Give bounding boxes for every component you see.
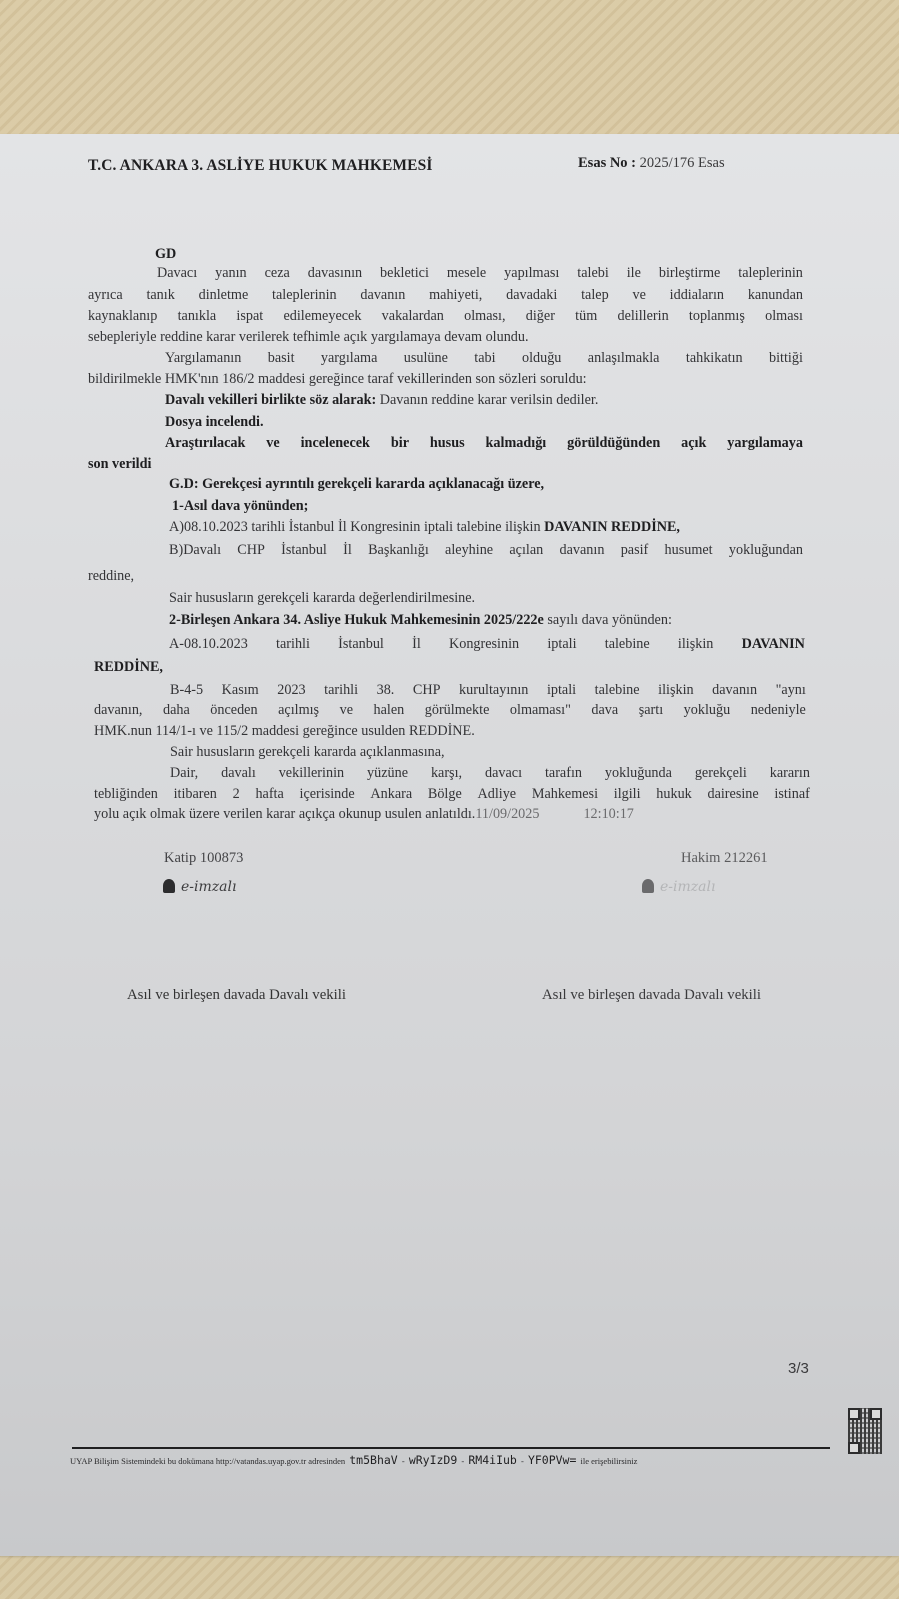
word: davanın (560, 542, 605, 559)
word: dairesine (707, 786, 758, 803)
word: talebine (605, 636, 650, 653)
word: vakalardan (382, 308, 444, 325)
merged-case-item-b-line-3: HMK.nun 114/1-ı ve 115/2 maddesi gereğin… (94, 723, 475, 740)
word: olması (765, 308, 803, 325)
word: bittiği (769, 350, 803, 367)
word: Başkanlığı (368, 542, 429, 559)
word: davanın (712, 682, 757, 699)
merged-case-item-a-cont: REDDİNE, (94, 659, 163, 676)
word: Kasım (222, 682, 259, 699)
document-page (0, 134, 899, 1556)
clerk-signature: Katip 100873 (164, 850, 243, 867)
word: ve (340, 702, 353, 719)
word: önceden (210, 702, 257, 719)
word: ve (632, 287, 645, 304)
other-matters-2: Sair hususların gerekçeli kararda açıkla… (170, 744, 445, 761)
word: dava (591, 702, 618, 719)
word: görülmekte (425, 702, 490, 719)
word: davacı (485, 765, 522, 782)
closing-statement-cont: son verildi (88, 456, 151, 473)
word: delillerin (617, 308, 668, 325)
word: tanık (146, 287, 174, 304)
word: DAVANIN (742, 636, 805, 653)
word: CHP (237, 542, 265, 559)
clerk-e-signature: e-imzalı (163, 878, 236, 896)
case-number-label: Esas No : (578, 155, 636, 171)
judge-e-signature: e-imzalı (642, 878, 715, 896)
word: taleplerinin (738, 265, 803, 282)
footer-divider (72, 1447, 830, 1449)
file-examined: Dosya incelendi. (165, 414, 264, 431)
word: kanundan (748, 287, 803, 304)
word: bekletici (380, 265, 429, 282)
word: iptali (547, 682, 576, 699)
word: olmaması" (510, 702, 571, 719)
word: taleplerinin (272, 287, 337, 304)
verdict-date: 11/09/2025 (475, 806, 539, 822)
word: tabi (474, 350, 495, 367)
word: Kongresinin (449, 636, 519, 653)
word: bir (391, 435, 409, 452)
paragraph-1-line-3: kaynaklanıptanıklaispatedilemeyecekvakal… (88, 308, 803, 325)
word: talep (581, 287, 609, 304)
verdict-line-3: yolu açık olmak üzere verilen karar açık… (94, 806, 634, 823)
word: itibaren (174, 786, 217, 803)
word: yokluğunda (605, 765, 672, 782)
word: daha (163, 702, 190, 719)
word: ile (627, 265, 641, 282)
paragraph-1-line-2: ayrıcatanıkdinletmetaleplerinindavanınma… (88, 287, 803, 304)
word: ispat (236, 308, 263, 325)
gd-heading: GD (155, 246, 176, 263)
main-case-item-b: B)DavalıCHPİstanbulİlBaşkanlığıaleyhinea… (169, 542, 803, 559)
word: gerekçeli (695, 765, 747, 782)
merged-case-item-a: A-08.10.2023tarihliİstanbulİlKongresinin… (169, 636, 805, 653)
word: tahkikatın (686, 350, 743, 367)
word: Davacı (157, 265, 197, 282)
main-case-item-a: A)08.10.2023 tarihli İstanbul İl Kongres… (169, 519, 680, 536)
paragraph-1-line-1: Davacıyanıncezadavasınınbekleticimeseley… (157, 265, 803, 282)
word: usulüne (404, 350, 448, 367)
word: Mahkemesi (532, 786, 598, 803)
footer-suffix: ile erişebilirsiniz (581, 1456, 638, 1466)
word: yargılama (321, 350, 377, 367)
word: dinletme (199, 287, 249, 304)
word: açılan (509, 542, 543, 559)
word: anlaşılmakla (588, 350, 660, 367)
word: toplanmış (689, 308, 745, 325)
word: mesele (447, 265, 486, 282)
word: ilişkin (658, 682, 693, 699)
word: A-08.10.2023 (169, 636, 248, 653)
word: tüm (575, 308, 597, 325)
uyap-footer: UYAP Bilişim Sistemindeki bu dokümana ht… (70, 1453, 637, 1467)
case-number-value: 2025/176 Esas (640, 155, 725, 171)
word: 2 (233, 786, 240, 803)
word: tarafın (545, 765, 582, 782)
word: vekillerinin (279, 765, 344, 782)
verification-code-4: YF0PVw= (528, 1453, 576, 1467)
word: ilgili (614, 786, 641, 803)
main-case-heading: 1-Asıl dava yönünden; (172, 498, 308, 515)
verification-code-2: wRyIzD9 (409, 1453, 457, 1467)
word: yapılması (504, 265, 559, 282)
closing-statement: Araştırılacakveincelenecekbirhususkalmad… (165, 435, 803, 452)
word: talebi (577, 265, 609, 282)
word: İstanbul (281, 542, 327, 559)
word: açık (681, 435, 706, 452)
word: davalı (221, 765, 256, 782)
word: yüzüne (367, 765, 408, 782)
word: tarihli (276, 636, 310, 653)
word: CHP (413, 682, 441, 699)
word: tanıkla (178, 308, 217, 325)
defendant-counsel-right: Asıl ve birleşen davada Davalı vekili (542, 987, 761, 1004)
word: İstanbul (338, 636, 384, 653)
word: Ankara (370, 786, 412, 803)
word: kararın (770, 765, 810, 782)
merged-case-item-b-line-2: davanın,dahaöncedenaçılmışvehalengörülme… (94, 702, 806, 719)
word: Dair, (170, 765, 198, 782)
word: tebliğinden (94, 786, 158, 803)
verdict-time: 12:10:17 (583, 806, 633, 822)
main-case-item-b-cont: reddine, (88, 568, 134, 585)
word: kaynaklanıp (88, 308, 157, 325)
word: yargılamaya (727, 435, 803, 452)
word: Araştırılacak (165, 435, 245, 452)
word: 2023 (277, 682, 305, 699)
word: Yargılamanın (165, 350, 241, 367)
judge-signature: Hakim 212261 (681, 850, 768, 867)
word: halen (374, 702, 405, 719)
word: Adliye (477, 786, 516, 803)
paragraph-1-line-4: sebepleriyle reddine karar verilerek tef… (88, 329, 529, 346)
word: Bölge (428, 786, 462, 803)
word: davanın (360, 287, 405, 304)
word: açılmış (278, 702, 319, 719)
word: kurultayının (459, 682, 528, 699)
defendant-statement: Davalı vekilleri birlikte söz alarak: Da… (165, 392, 598, 409)
word: "aynı (776, 682, 806, 699)
word: davanın, (94, 702, 142, 719)
word: ceza (265, 265, 290, 282)
word: içerisinde (300, 786, 355, 803)
merged-case-item-b-line-1: B-4-5Kasım2023tarihli38.CHPkurultayınıni… (170, 682, 806, 699)
word: basit (268, 350, 295, 367)
verification-code-1: tm5BhaV (349, 1453, 397, 1467)
case-number: Esas No : 2025/176 Esas (578, 155, 725, 172)
word: iddiaların (670, 287, 724, 304)
word: davasının (308, 265, 362, 282)
word: husus (430, 435, 465, 452)
word: İl (412, 636, 421, 653)
word: ayrıca (88, 287, 123, 304)
word: birleştirme (659, 265, 720, 282)
word: yanın (215, 265, 247, 282)
word: B)Davalı (169, 542, 221, 559)
gd-reasoning: G.D: Gerekçesi ayrıntılı gerekçeli karar… (169, 476, 544, 493)
word: kalmadığı (486, 435, 547, 452)
other-matters-1: Sair hususların gerekçeli kararda değerl… (169, 590, 475, 607)
word: hukuk (656, 786, 691, 803)
word: istinaf (774, 786, 809, 803)
word: iptali (547, 636, 576, 653)
word: şartı (639, 702, 663, 719)
page-number: 3/3 (788, 1360, 809, 1377)
word: edilemeyecek (283, 308, 361, 325)
word: 38. (377, 682, 395, 699)
footer-prefix: UYAP Bilişim Sistemindeki bu dokümana ht… (70, 1456, 345, 1466)
verification-code-3: RM4iIub (468, 1453, 516, 1467)
court-title: T.C. ANKARA 3. ASLİYE HUKUK MAHKEMESİ (88, 157, 432, 175)
word: olması, (464, 308, 505, 325)
word: diğer (526, 308, 555, 325)
word: incelenecek (301, 435, 370, 452)
word: hafta (255, 786, 283, 803)
paragraph-2-line-2: bildirilmekle HMK'nın 186/2 maddesi gere… (88, 371, 587, 388)
word: talebine (595, 682, 640, 699)
word: B-4-5 (170, 682, 203, 699)
word: karşı, (431, 765, 462, 782)
word: husumet (665, 542, 713, 559)
word: olduğu (522, 350, 561, 367)
word: davadaki (506, 287, 557, 304)
word: nedeniyle (751, 702, 806, 719)
word: tarihli (324, 682, 358, 699)
seal-icon (642, 879, 654, 893)
word: pasif (621, 542, 649, 559)
seal-icon (163, 879, 175, 893)
word: yokluğundan (729, 542, 803, 559)
word: yokluğu (684, 702, 731, 719)
word: mahiyeti, (429, 287, 482, 304)
word: İl (343, 542, 352, 559)
defendant-counsel-left: Asıl ve birleşen davada Davalı vekili (127, 987, 346, 1004)
word: görüldüğünden (567, 435, 660, 452)
paragraph-2-line-1: Yargılamanınbasityargılamausulünetabiold… (165, 350, 803, 367)
word: ilişkin (678, 636, 713, 653)
verdict-line-2: tebliğindenitibaren2haftaiçerisindeAnkar… (94, 786, 810, 803)
word: ve (266, 435, 279, 452)
merged-case-heading: 2-Birleşen Ankara 34. Asliye Hukuk Mahke… (169, 612, 672, 629)
qr-code-icon (848, 1408, 882, 1454)
verdict-line-1: Dair,davalıvekillerininyüzünekarşı,davac… (170, 765, 810, 782)
word: aleyhine (445, 542, 493, 559)
